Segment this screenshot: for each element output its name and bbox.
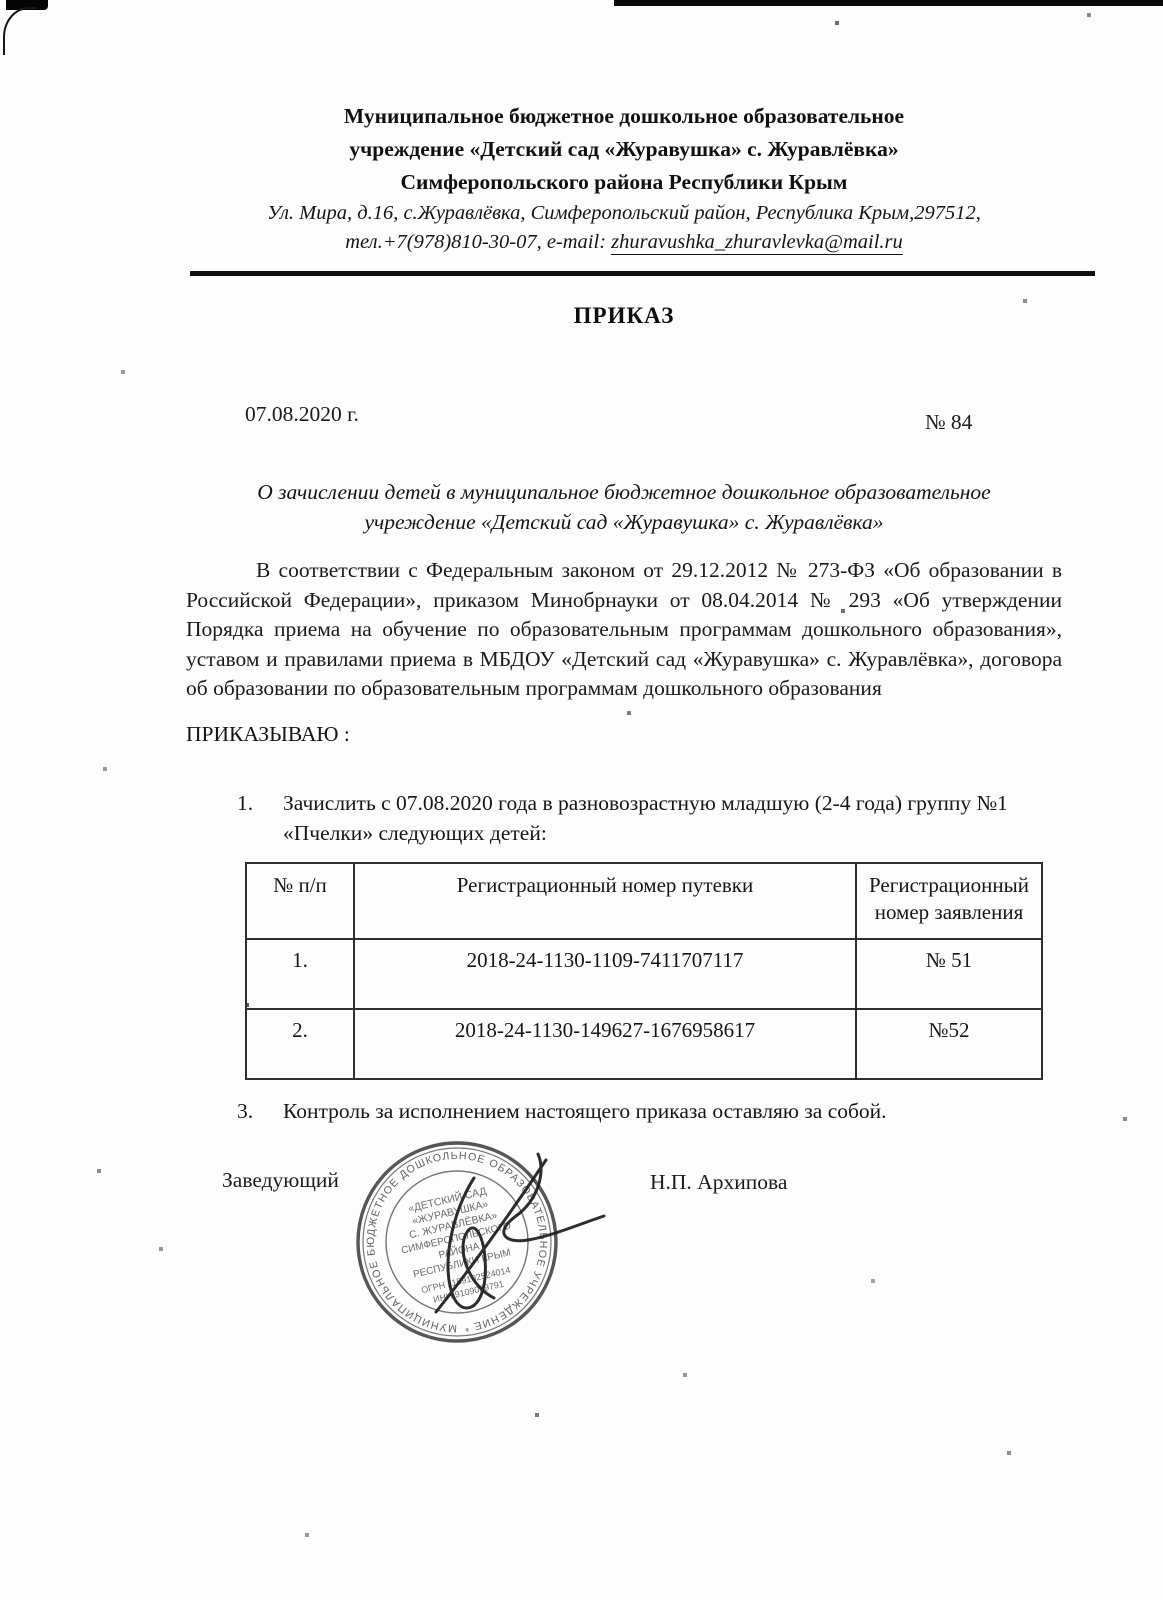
table-header-row: № п/п Регистрационный номер путевки Реги…: [246, 863, 1042, 939]
cell-application-number: № 51: [856, 939, 1042, 1009]
signature-name: Н.П. Архипова: [650, 1170, 787, 1195]
subject-line1: О зачислении детей в муниципальное бюдже…: [186, 477, 1062, 507]
cell-voucher-number: 2018-24-1130-1109-7411707117: [354, 939, 856, 1009]
org-name-line3: Симферопольского района Республики Крым: [186, 166, 1062, 199]
org-address-line: Ул. Мира, д.16, с.Журавлёвка, Симферопол…: [186, 199, 1062, 228]
preamble-paragraph: В соответствии с Федеральным законом от …: [186, 556, 1062, 704]
scan-noise-speckles: [0, 0, 2, 2]
doc-number: № 84: [925, 410, 972, 435]
scan-corner-curve: [3, 7, 37, 55]
org-email: zhuravushka_zhuravlevka@mail.ru: [611, 231, 903, 255]
scan-edge-bar-right: [614, 0, 1163, 6]
item-number: 3.: [237, 1096, 283, 1126]
signature-role: Заведующий: [222, 1168, 339, 1193]
phone-and-email-prefix: тел.+7(978)810-30-07, e-mail:: [345, 231, 611, 253]
official-stamp: МУНИЦИПАЛЬНОЕ БЮДЖЕТНОЕ ДОШКОЛЬНОЕ ОБРАЗ…: [330, 1118, 650, 1368]
item-text: Зачислить с 07.08.2020 года в разновозра…: [283, 788, 1049, 848]
subject-line2: учреждение «Детский сад «Журавушка» с. Ж…: [186, 507, 1062, 537]
table-row: 1. 2018-24-1130-1109-7411707117 № 51: [246, 939, 1042, 1009]
header-cell-voucher-number: Регистрационный номер путевки: [354, 863, 856, 939]
org-contact-line: тел.+7(978)810-30-07, e-mail: zhuravushk…: [186, 228, 1062, 257]
scanned-document-page: Муниципальное бюджетное дошкольное образ…: [0, 0, 1163, 1600]
cell-row-number: 2.: [246, 1009, 354, 1079]
cell-application-number: №52: [856, 1009, 1042, 1079]
resolution-word: ПРИКАЗЫВАЮ :: [186, 722, 350, 747]
enrollment-table: № п/п Регистрационный номер путевки Реги…: [245, 862, 1043, 1080]
letterhead-divider: [190, 271, 1095, 276]
doc-date: 07.08.2020 г.: [245, 402, 359, 427]
order-item-1: 1. Зачислить с 07.08.2020 года в разново…: [237, 788, 1049, 848]
table-row: 2. 2018-24-1130-149627-1676958617 №52: [246, 1009, 1042, 1079]
org-name-line2: учреждение «Детский сад «Журавушка» с. Ж…: [186, 133, 1062, 166]
header-cell-row-number: № п/п: [246, 863, 354, 939]
item-number: 1.: [237, 788, 283, 848]
doc-type-title: ПРИКАЗ: [186, 303, 1062, 329]
org-name-line1: Муниципальное бюджетное дошкольное образ…: [186, 100, 1062, 133]
doc-subject: О зачислении детей в муниципальное бюдже…: [186, 477, 1062, 537]
cell-row-number: 1.: [246, 939, 354, 1009]
header-cell-application-number: Регистрационный номер заявления: [856, 863, 1042, 939]
cell-voucher-number: 2018-24-1130-149627-1676958617: [354, 1009, 856, 1079]
letterhead: Муниципальное бюджетное дошкольное образ…: [186, 100, 1062, 257]
